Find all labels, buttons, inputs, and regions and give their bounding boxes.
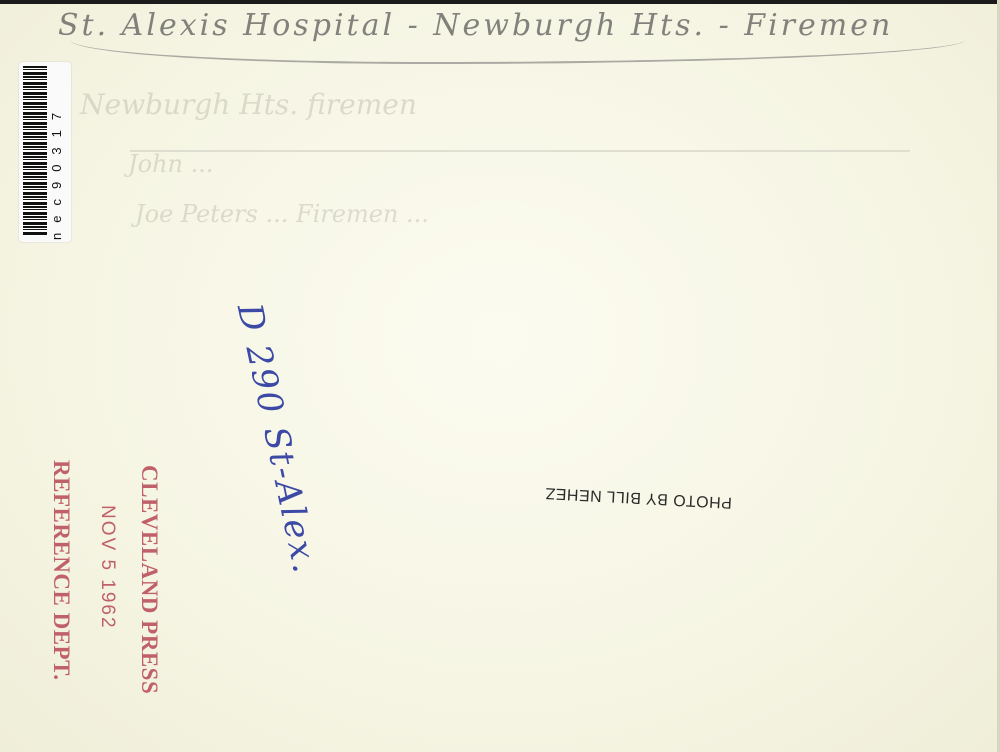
faint-pencil-line-1: Newburgh Hts. firemen — [80, 88, 417, 121]
barcode-code: nec90317 — [49, 68, 64, 240]
top-edge — [0, 0, 1000, 4]
faint-pencil-line-3: Joe Peters ... Firemen ... — [135, 200, 429, 228]
faint-rule — [130, 150, 910, 152]
faint-pencil-line-2: John ... — [128, 150, 214, 178]
stamp-reference-dept: REFERENCE DEPT. — [48, 460, 74, 681]
stamp-date: NOV 5 1962 — [96, 505, 118, 630]
barcode-icon — [23, 66, 47, 236]
stamp-cleveland-press: CLEVELAND PRESS — [136, 465, 162, 694]
barcode-label: nec90317 www.historicimages.com — [19, 62, 71, 242]
